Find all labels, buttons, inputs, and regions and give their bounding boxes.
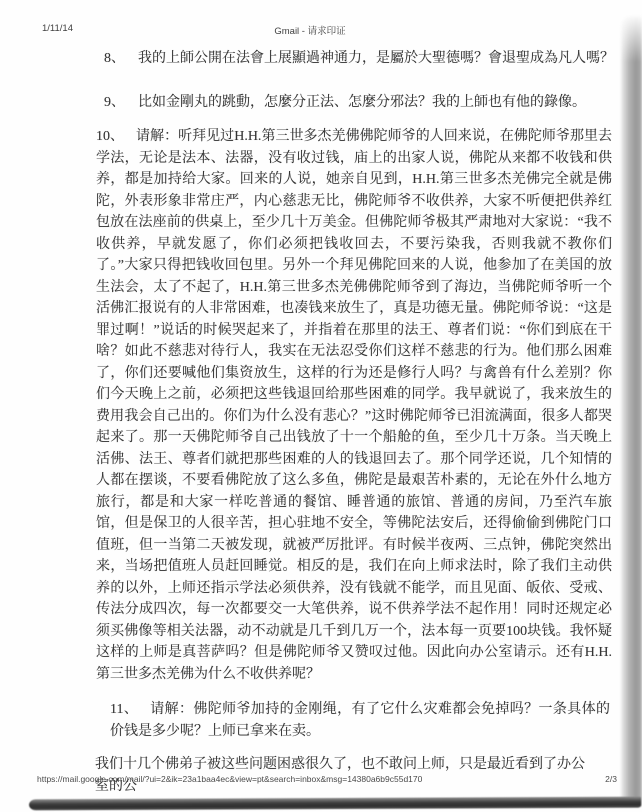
question-number: 9、: [104, 92, 125, 114]
question-text: 请解：佛陀师爷加持的金刚绳，有了它什么灾难都会免掉吗？一条具体的价钱是多少呢？上…: [110, 702, 610, 739]
scan-edge-shadow-bottom: [29, 797, 641, 811]
question-number: 11、: [110, 702, 138, 717]
question-item-11: 11、请解：佛陀师爷加持的金刚绳，有了它什么灾难都会免掉吗？一条具体的价钱是多少…: [110, 699, 610, 742]
question-text: 请解：听拜见过H.H.第三世多杰羌佛佛陀师爷的人回来说，在佛陀师爷那里去学法，无…: [96, 129, 612, 682]
question-item-9: 9、比如金剛丸的跳動，怎麼分正法、怎麼分邪法？我的上師也有他的錄像。: [104, 92, 642, 114]
scanned-document-page: 1/11/14 Gmail - 请求印证 8、我的上師公開在法會上展顯過神通力，…: [0, 0, 642, 812]
question-item-10: 10、请解：听拜见过H.H.第三世多杰羌佛佛陀师爷的人回来说，在佛陀师爷那里去学…: [96, 126, 612, 685]
document-body: 8、我的上師公開在法會上展顯過神通力，是屬於大聖德嗎？會退聖成為凡人嗎？ 9、比…: [0, 44, 642, 797]
question-number: 10、: [96, 129, 124, 144]
scan-edge-shadow-right: [621, 16, 642, 806]
question-number: 8、: [104, 48, 125, 70]
question-text: 比如金剛丸的跳動，怎麼分正法、怎麼分邪法？我的上師也有他的錄像。: [138, 95, 586, 110]
question-item-8: 8、我的上師公開在法會上展顯過神通力，是屬於大聖德嗎？會退聖成為凡人嗎？: [104, 48, 642, 70]
print-title: Gmail - 请求印证: [0, 23, 620, 37]
page-indicator: 2/3: [605, 774, 617, 784]
print-header: 1/11/14 Gmail - 请求印证: [0, 23, 620, 37]
question-text: 我的上師公開在法會上展顯過神通力，是屬於大聖德嗎？會退聖成為凡人嗎？: [138, 51, 614, 66]
print-source-url: https://mail.google.com/mail/?ui=2&ik=23…: [37, 774, 422, 784]
